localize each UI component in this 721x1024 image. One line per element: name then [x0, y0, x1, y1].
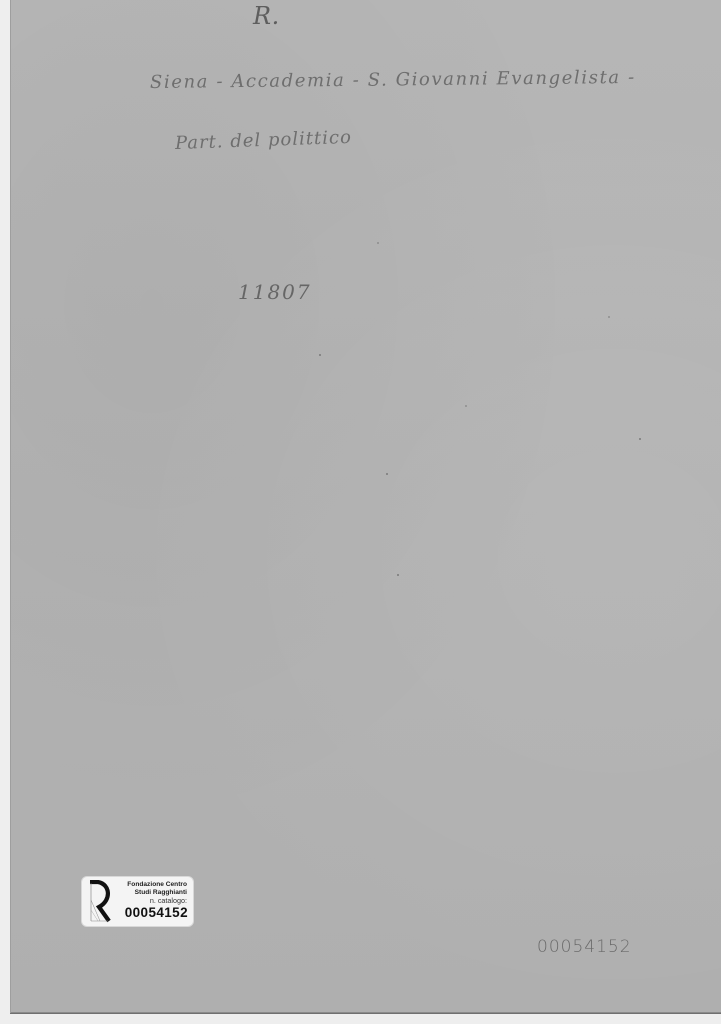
paper-speck — [397, 574, 399, 576]
paper-speck — [465, 405, 467, 407]
paper-speck — [319, 354, 321, 356]
handwritten-letter-mark: R. — [253, 2, 280, 30]
handwritten-title-line: Siena - Accademia - S. Giovanni Evangeli… — [150, 67, 636, 93]
paper-speck — [608, 316, 610, 318]
handwritten-catalog-number: 00054152 — [537, 937, 632, 957]
catalog-number: 00054152 — [125, 905, 188, 920]
organization-name-line2: Studi Ragghianti — [135, 889, 187, 896]
paper-speck — [377, 242, 379, 244]
paper-speck — [386, 473, 388, 475]
handwritten-detail-line: Part. del polittico — [175, 127, 353, 154]
scanned-document-page: R. Siena - Accademia - S. Giovanni Evang… — [10, 0, 721, 1014]
catalog-number-caption: n. catalogo: — [150, 897, 187, 905]
organization-name-line1: Fondazione Centro — [127, 881, 187, 888]
handwritten-inventory-number: 11807 — [238, 280, 312, 304]
ragghianti-r-logo-icon — [88, 880, 114, 923]
paper-speck — [639, 438, 641, 440]
catalog-label-sticker: Fondazione Centro Studi Ragghianti n. ca… — [82, 877, 193, 926]
